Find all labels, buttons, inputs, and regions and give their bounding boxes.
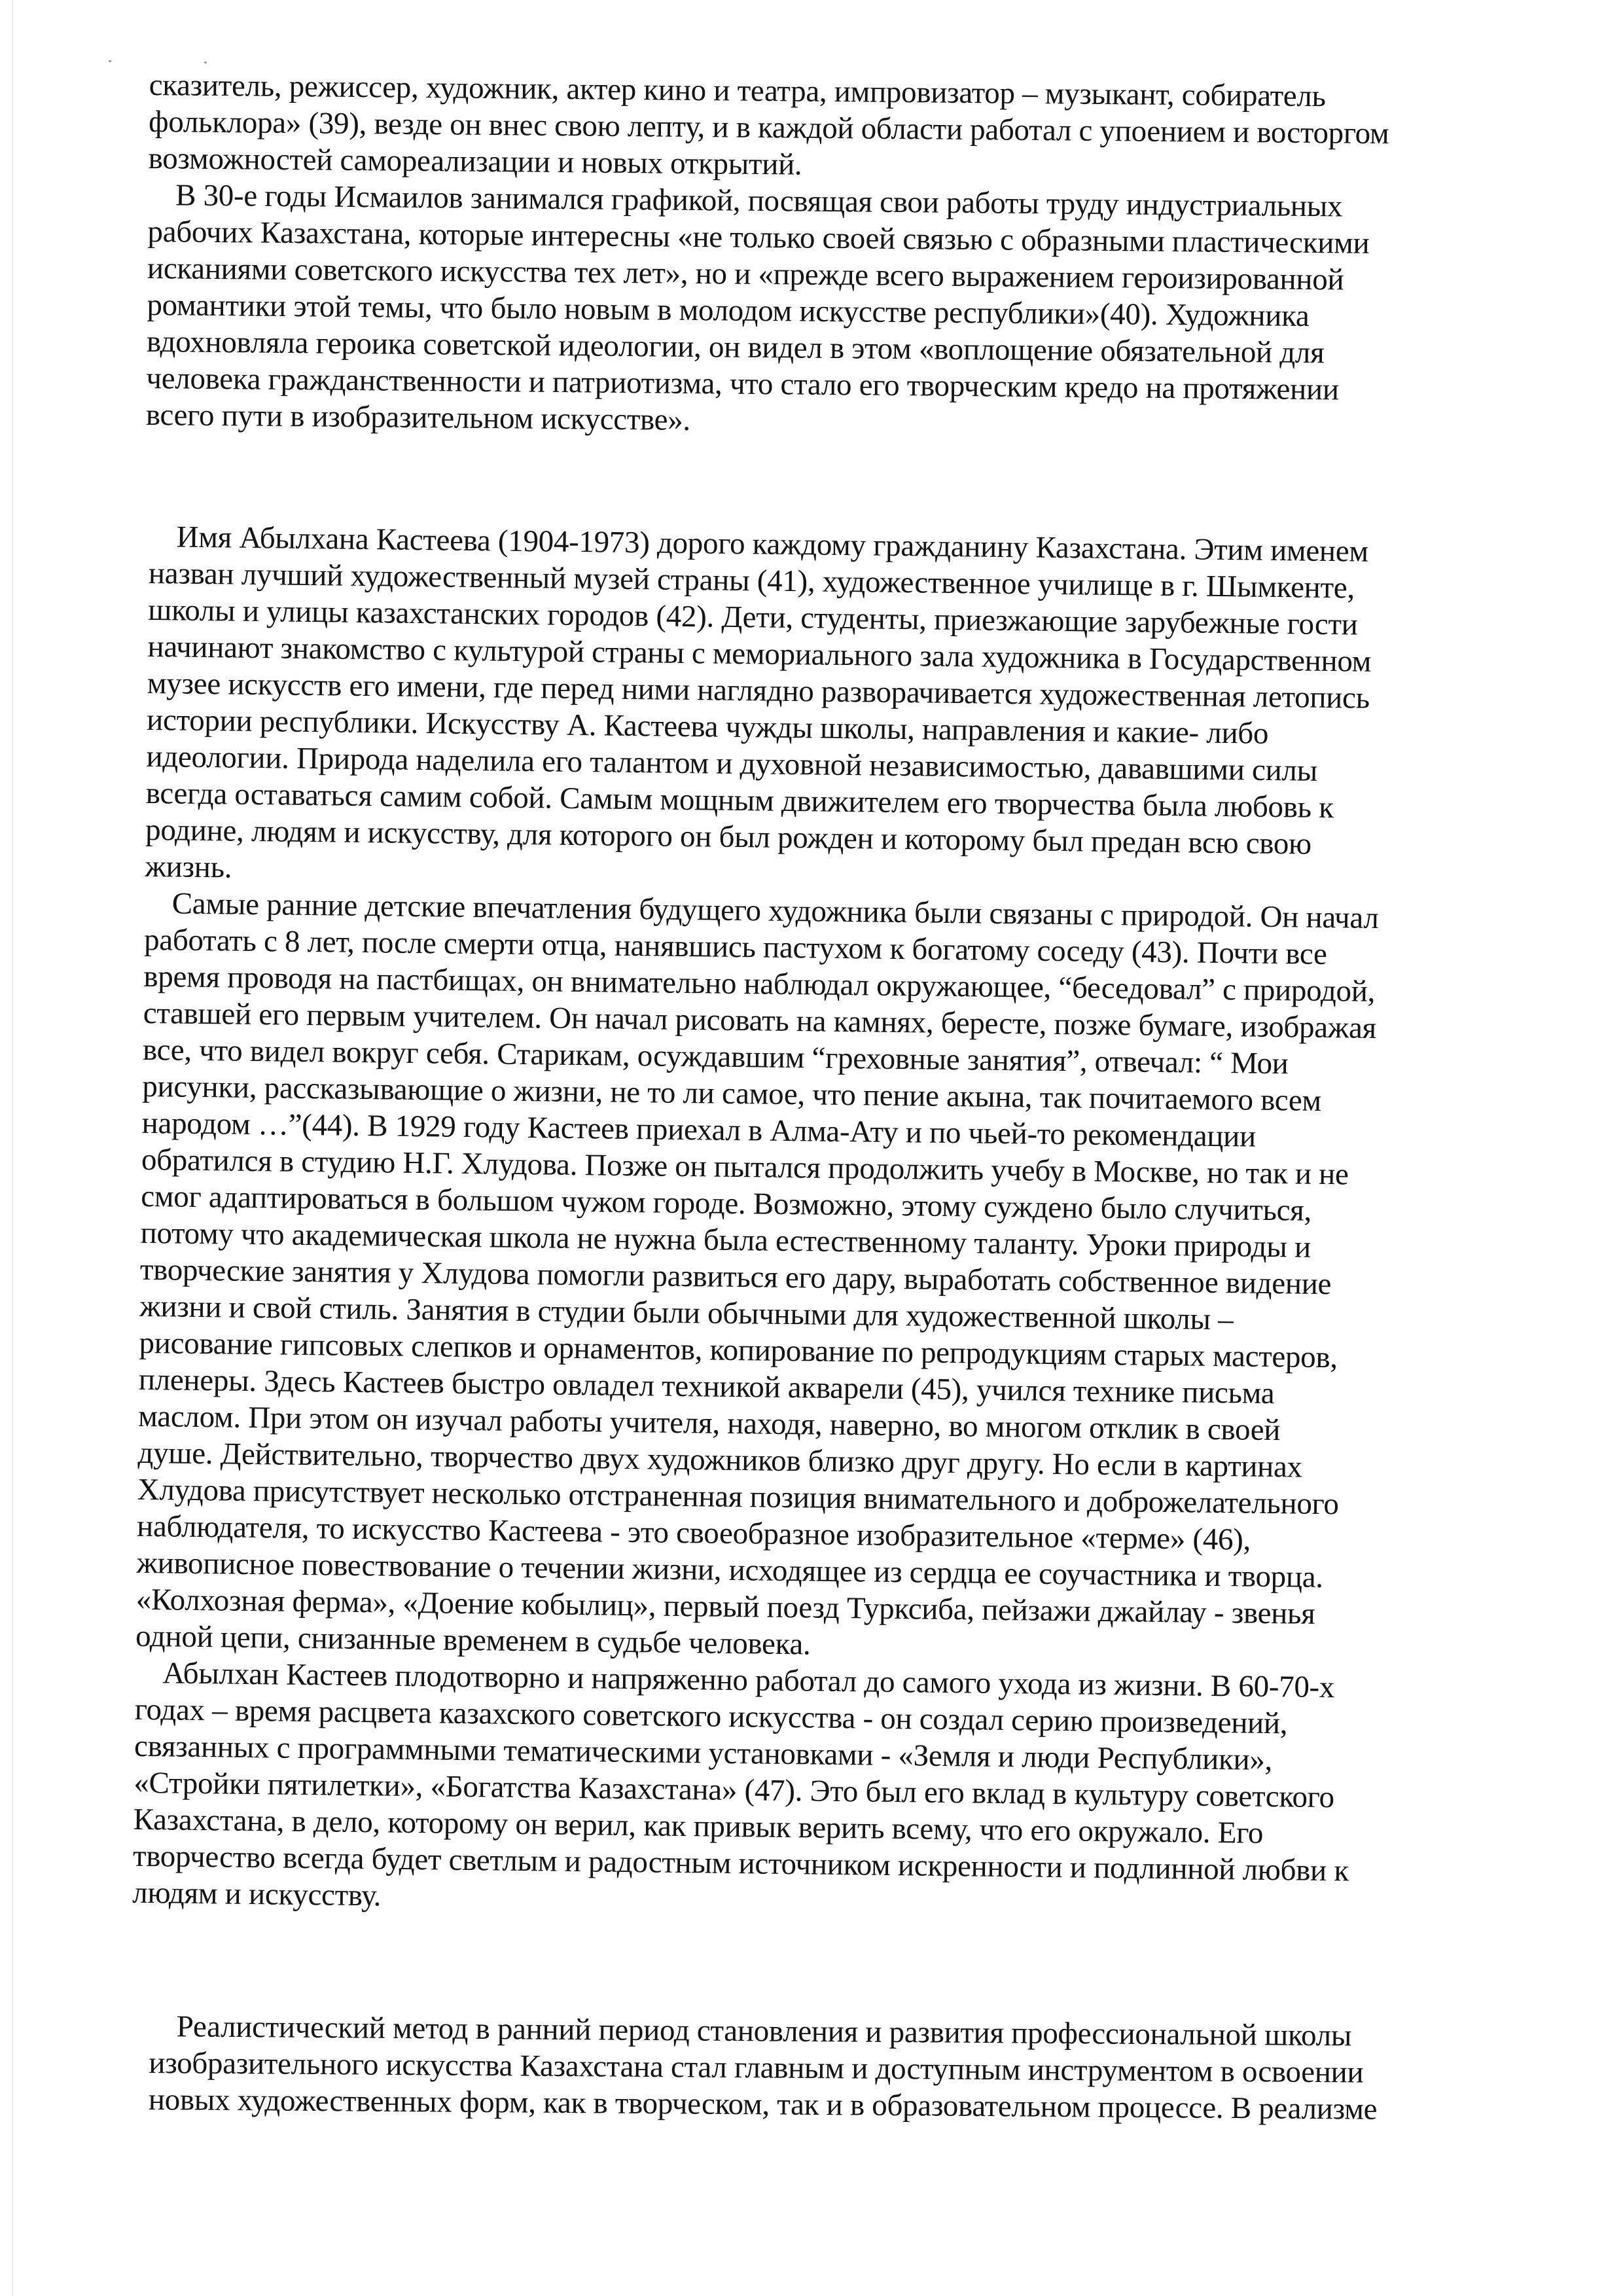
scan-speck xyxy=(109,60,111,62)
scan-speck xyxy=(204,62,207,63)
paragraph-kasteev-name: Имя Абылхана Кастеева (1904-1973) дорого… xyxy=(145,518,1478,901)
text-block-kasteev: Имя Абылхана Кастеева (1904-1973) дорого… xyxy=(132,518,1478,1928)
paragraph-kasteev-legacy: Абылхан Кастеев плодотворно и напряженно… xyxy=(132,1655,1464,1928)
text-block-realism: Реалистический метод в ранний период ста… xyxy=(149,2008,1478,2128)
scanned-page: сказитель, режиссер, художник, актер кин… xyxy=(0,0,1623,2296)
scan-edge-shadow xyxy=(12,0,13,2296)
text-block-ismailov: сказитель, режиссер, художник, актер кин… xyxy=(146,67,1478,446)
paragraph-realism: Реалистический метод в ранний период ста… xyxy=(149,2008,1478,2128)
paragraph-ismailov-graphics: В 30-е годы Исмаилов занимался графикой,… xyxy=(146,177,1477,446)
paragraph-kasteev-childhood: Самые ранние детские впечатления будущег… xyxy=(135,885,1473,1671)
paragraph-continuation: сказитель, режиссер, художник, актер кин… xyxy=(148,67,1478,189)
